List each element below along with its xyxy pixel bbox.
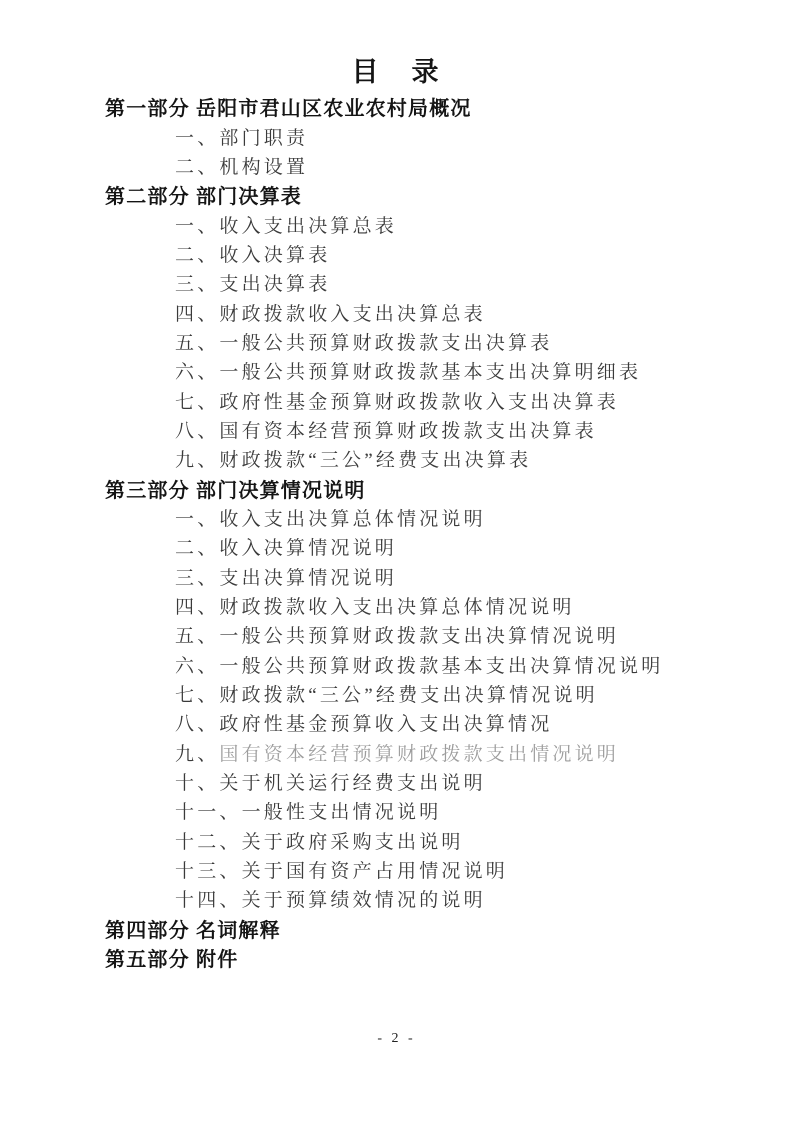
toc-item: 八、国有资本经营预算财政拨款支出决算表	[105, 415, 753, 444]
toc-item: 六、一般公共预算财政拨款基本支出决算情况说明	[105, 650, 753, 679]
toc-item-label: 国有资本经营预算财政拨款支出情况说明	[219, 739, 619, 766]
toc-item-number: 三、	[175, 563, 219, 590]
toc-item: 六、一般公共预算财政拨款基本支出决算明细表	[105, 356, 753, 385]
toc-item-label: 一般公共预算财政拨款支出决算表	[219, 328, 552, 355]
toc-list: 第一部分 岳阳市君山区农业农村局概况一、部门职责二、机构设置第二部分 部门决算表…	[105, 92, 753, 972]
toc-item-number: 五、	[175, 621, 219, 648]
toc-item-label: 一般公共预算财政拨款支出决算情况说明	[219, 621, 619, 648]
toc-item: 四、财政拨款收入支出决算总体情况说明	[105, 591, 753, 620]
toc-item-label: 机构设置	[219, 152, 308, 179]
toc-item: 十二、关于政府采购支出说明	[105, 826, 753, 855]
toc-item: 二、机构设置	[105, 151, 753, 180]
toc-item-number: 四、	[175, 592, 219, 619]
toc-item: 九、国有资本经营预算财政拨款支出情况说明	[105, 738, 753, 767]
toc-item-number: 十四、	[175, 885, 242, 912]
toc-item-number: 十、	[175, 768, 219, 795]
toc-item: 十一、一般性支出情况说明	[105, 796, 753, 825]
toc-item: 十、关于机关运行经费支出说明	[105, 767, 753, 796]
toc-item-number: 十三、	[175, 856, 242, 883]
toc-item-number: 六、	[175, 357, 219, 384]
toc-item: 八、政府性基金预算收入支出决算情况	[105, 708, 753, 737]
toc-part-heading: 第三部分 部门决算情况说明	[105, 473, 753, 502]
toc-item-number: 五、	[175, 328, 219, 355]
toc-item: 四、财政拨款收入支出决算总表	[105, 297, 753, 326]
toc-item-number: 二、	[175, 152, 219, 179]
toc-item-label: 关于预算绩效情况的说明	[242, 885, 486, 912]
toc-item-number: 七、	[175, 387, 219, 414]
toc-item: 七、财政拨款“三公”经费支出决算情况说明	[105, 679, 753, 708]
toc-item-number: 十一、	[175, 797, 242, 824]
toc-item-label: 关于国有资产占用情况说明	[242, 856, 508, 883]
toc-item: 一、收入支出决算总体情况说明	[105, 503, 753, 532]
toc-item-label: 财政拨款“三公”经费支出决算表	[219, 445, 531, 472]
toc-item: 三、支出决算情况说明	[105, 562, 753, 591]
toc-item-label: 收入决算情况说明	[219, 533, 397, 560]
toc-item: 一、部门职责	[105, 121, 753, 150]
toc-item: 十四、关于预算绩效情况的说明	[105, 884, 753, 913]
toc-item-number: 九、	[175, 445, 219, 472]
toc-item-label: 关于政府采购支出说明	[242, 827, 464, 854]
toc-item: 七、政府性基金预算财政拨款收入支出决算表	[105, 385, 753, 414]
toc-item-label: 财政拨款收入支出决算总体情况说明	[219, 592, 574, 619]
toc-item-label: 收入决算表	[219, 240, 330, 267]
toc-item-label: 一般公共预算财政拨款基本支出决算明细表	[219, 357, 641, 384]
toc-item-number: 一、	[175, 123, 219, 150]
toc-item: 二、收入决算表	[105, 239, 753, 268]
toc-item-label: 支出决算表	[219, 269, 330, 296]
page-number: - 2 -	[0, 1031, 793, 1047]
toc-part-heading: 第二部分 部门决算表	[105, 180, 753, 209]
toc-item-label: 关于机关运行经费支出说明	[219, 768, 485, 795]
toc-part-heading: 第五部分 附件	[105, 943, 753, 972]
toc-part-heading: 第一部分 岳阳市君山区农业农村局概况	[105, 92, 753, 121]
toc-item-number: 六、	[175, 651, 219, 678]
toc-item: 五、一般公共预算财政拨款支出决算表	[105, 327, 753, 356]
document-page: 目 录 第一部分 岳阳市君山区农业农村局概况一、部门职责二、机构设置第二部分 部…	[0, 0, 793, 1122]
toc-item-label: 财政拨款“三公”经费支出决算情况说明	[219, 680, 597, 707]
toc-item: 九、财政拨款“三公”经费支出决算表	[105, 444, 753, 473]
toc-item-number: 七、	[175, 680, 219, 707]
toc-item: 五、一般公共预算财政拨款支出决算情况说明	[105, 620, 753, 649]
toc-item: 三、支出决算表	[105, 268, 753, 297]
toc-item-label: 部门职责	[219, 123, 308, 150]
toc-item-number: 一、	[175, 211, 219, 238]
toc-item-label: 财政拨款收入支出决算总表	[219, 299, 485, 326]
toc-item-label: 收入支出决算总表	[219, 211, 397, 238]
toc-item: 十三、关于国有资产占用情况说明	[105, 855, 753, 884]
toc-item-label: 政府性基金预算财政拨款收入支出决算表	[219, 387, 619, 414]
toc-item-label: 国有资本经营预算财政拨款支出决算表	[219, 416, 596, 443]
toc-item-number: 一、	[175, 504, 219, 531]
toc-part-heading: 第四部分 名词解释	[105, 914, 753, 943]
toc-item: 一、收入支出决算总表	[105, 209, 753, 238]
toc-item-number: 十二、	[175, 827, 242, 854]
toc-item-label: 支出决算情况说明	[219, 563, 397, 590]
toc-title: 目 录	[0, 50, 793, 89]
toc-item-number: 二、	[175, 533, 219, 560]
toc-item-label: 一般公共预算财政拨款基本支出决算情况说明	[219, 651, 663, 678]
toc-item-number: 二、	[175, 240, 219, 267]
toc-item-number: 三、	[175, 269, 219, 296]
toc-item-label: 政府性基金预算收入支出决算情况	[219, 709, 552, 736]
toc-item-number: 九、	[175, 739, 219, 766]
toc-item-number: 八、	[175, 709, 219, 736]
toc-item-label: 一般性支出情况说明	[242, 797, 442, 824]
toc-item-number: 八、	[175, 416, 219, 443]
toc-item-number: 四、	[175, 299, 219, 326]
toc-item-label: 收入支出决算总体情况说明	[219, 504, 485, 531]
toc-item: 二、收入决算情况说明	[105, 532, 753, 561]
